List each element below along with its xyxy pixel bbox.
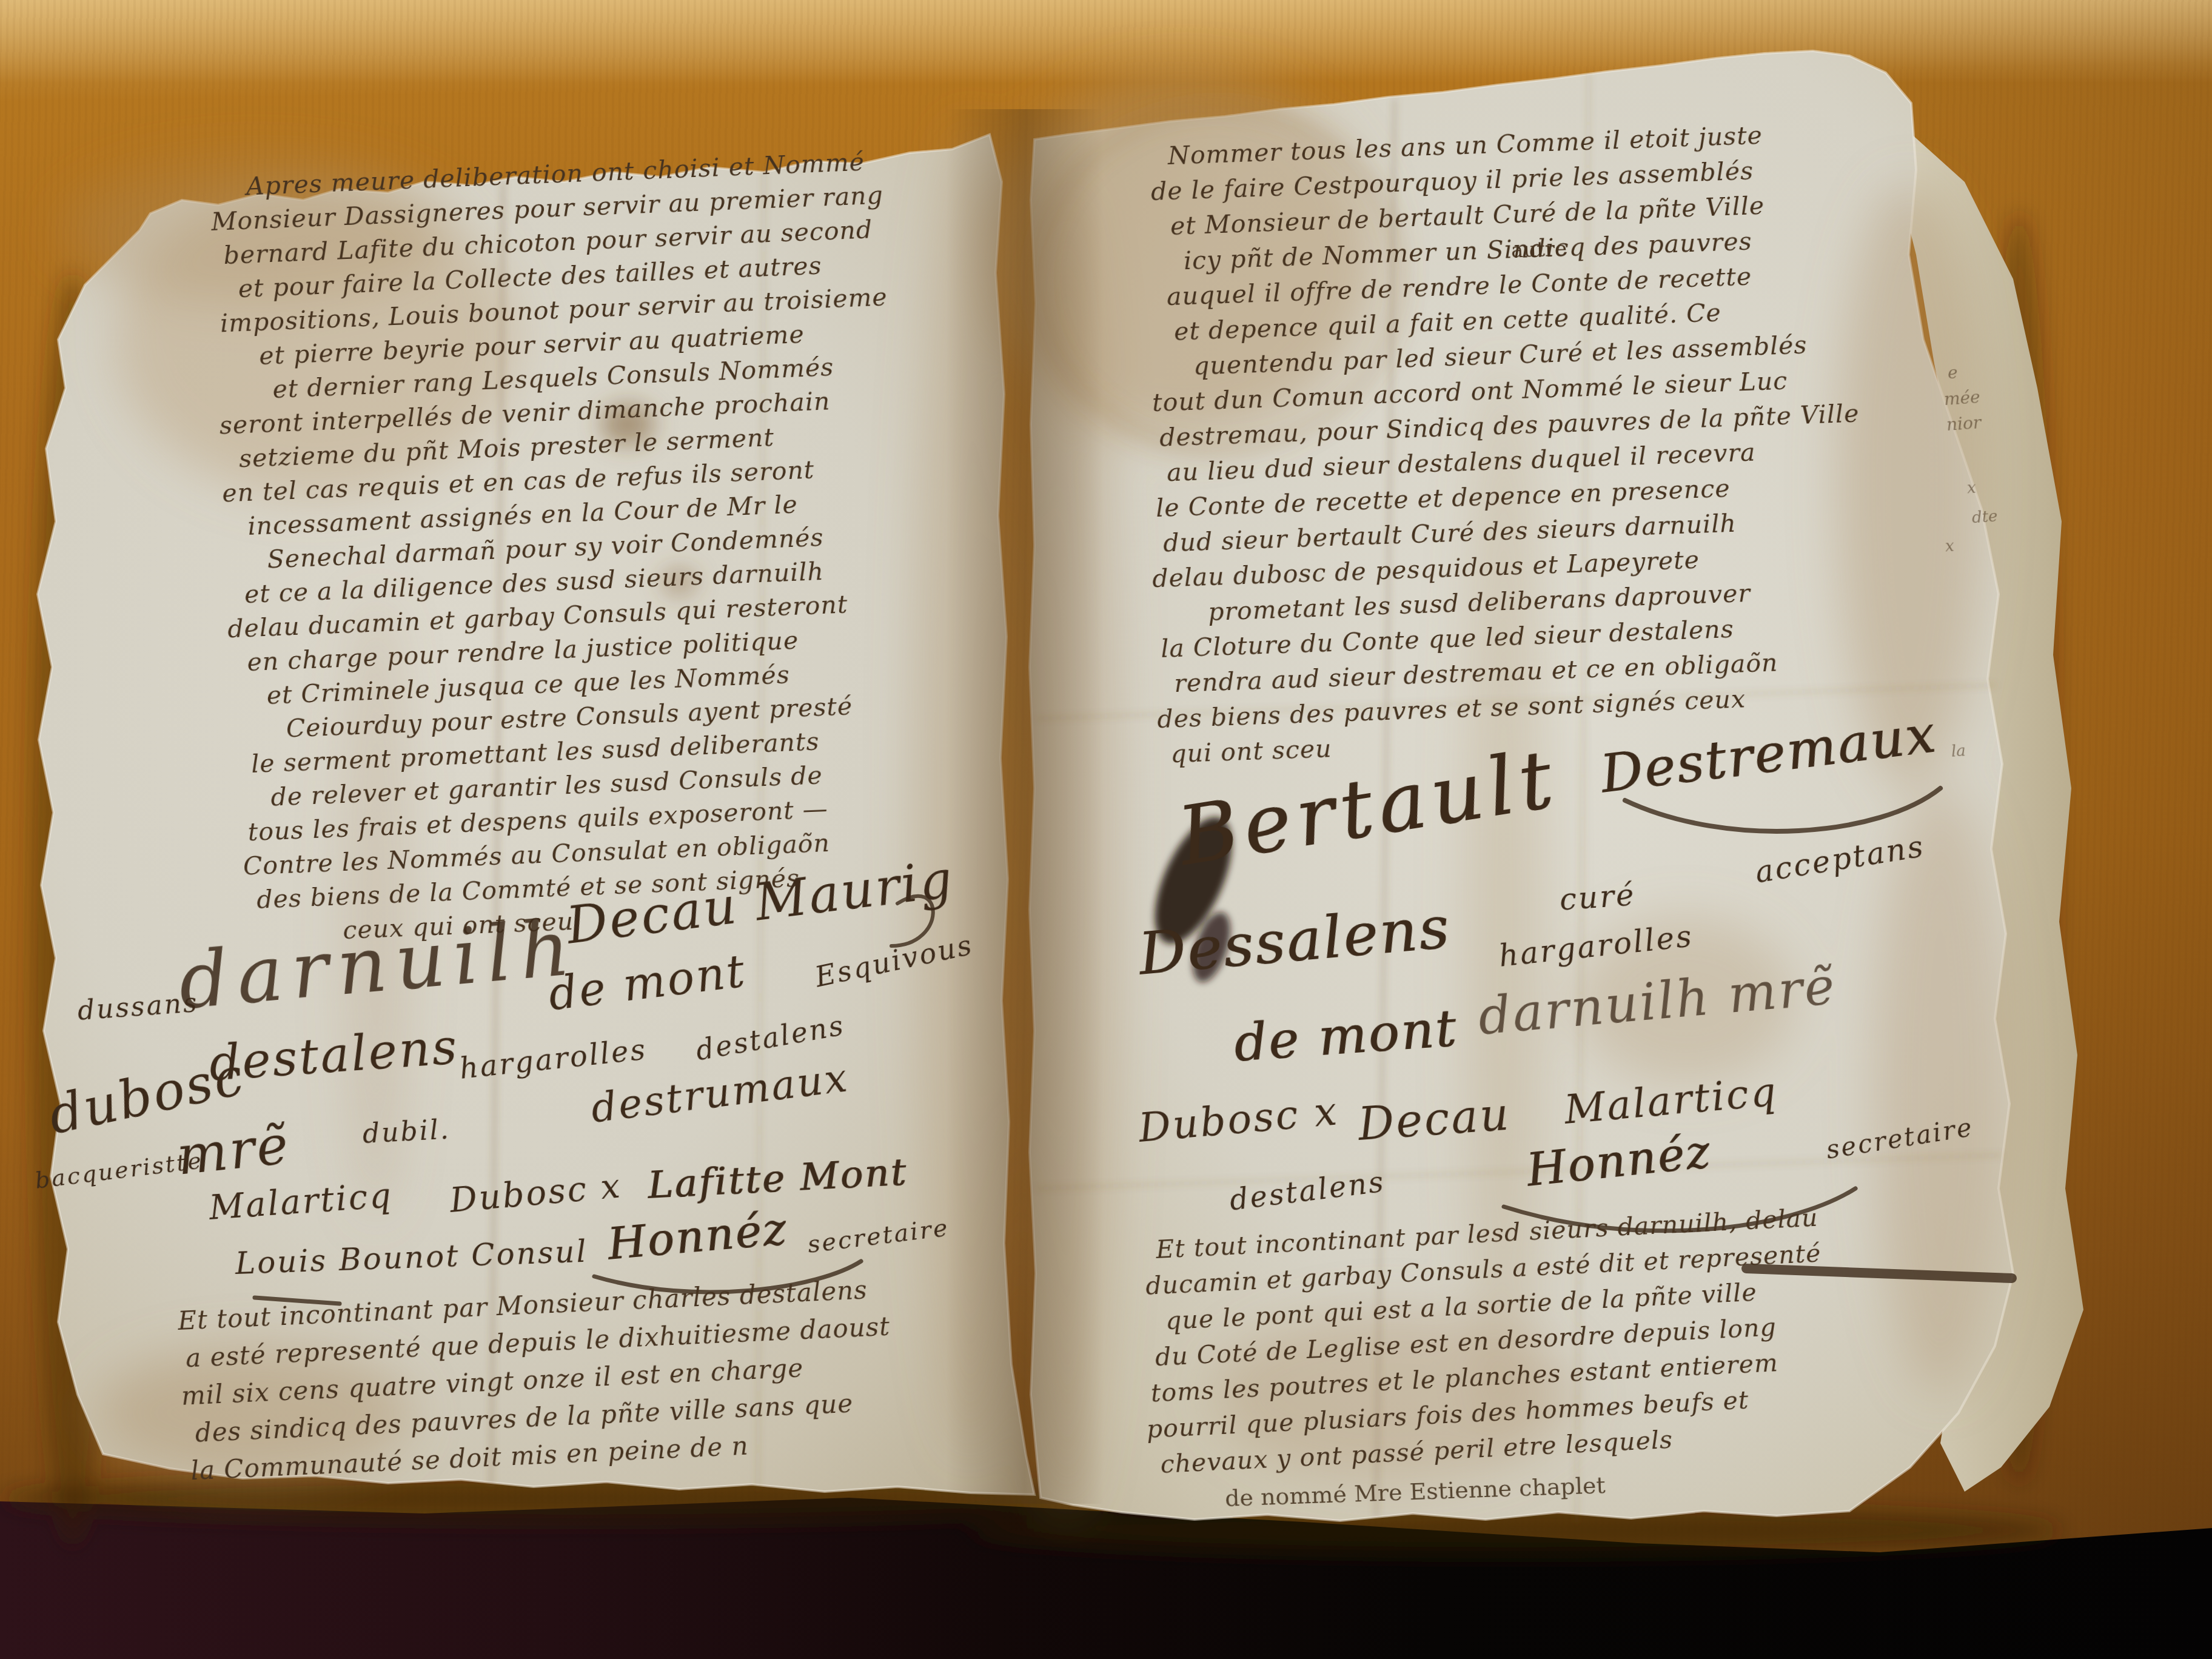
signature: dubil. [362, 1114, 451, 1150]
signature: Decau [1356, 1088, 1512, 1151]
interlinear-insertion: autre [1510, 236, 1567, 263]
right-page-text-block: Nommer tous les ans un Comme il etoit ju… [1167, 115, 1871, 771]
right-page-footer-block: Et tout incontinant par lesd sieurs darn… [1155, 1200, 1831, 1483]
ink-bleed-fragment: x [1966, 479, 1977, 498]
gutter-shadow [946, 109, 1104, 1504]
ink-bleed-fragment: e [1947, 362, 1959, 383]
manuscript-photo: Apres meure deliberation ont choisi et N… [0, 0, 2212, 1659]
ink-bleed-fragment: mée [1943, 387, 1981, 409]
left-page-text-block: Apres meure deliberation ont choisi et N… [209, 144, 913, 951]
ink-bleed-fragment: nior [1946, 412, 1982, 435]
left-page-footer-block: Et tout incontinant par Monsieur charles… [177, 1270, 896, 1490]
ink-bleed-fragment: la [1951, 742, 1966, 761]
ink-bleed-fragment: x [1945, 537, 1955, 556]
signature: curé [1558, 877, 1637, 917]
ink-bleed-fragment: dte [1971, 508, 1998, 528]
